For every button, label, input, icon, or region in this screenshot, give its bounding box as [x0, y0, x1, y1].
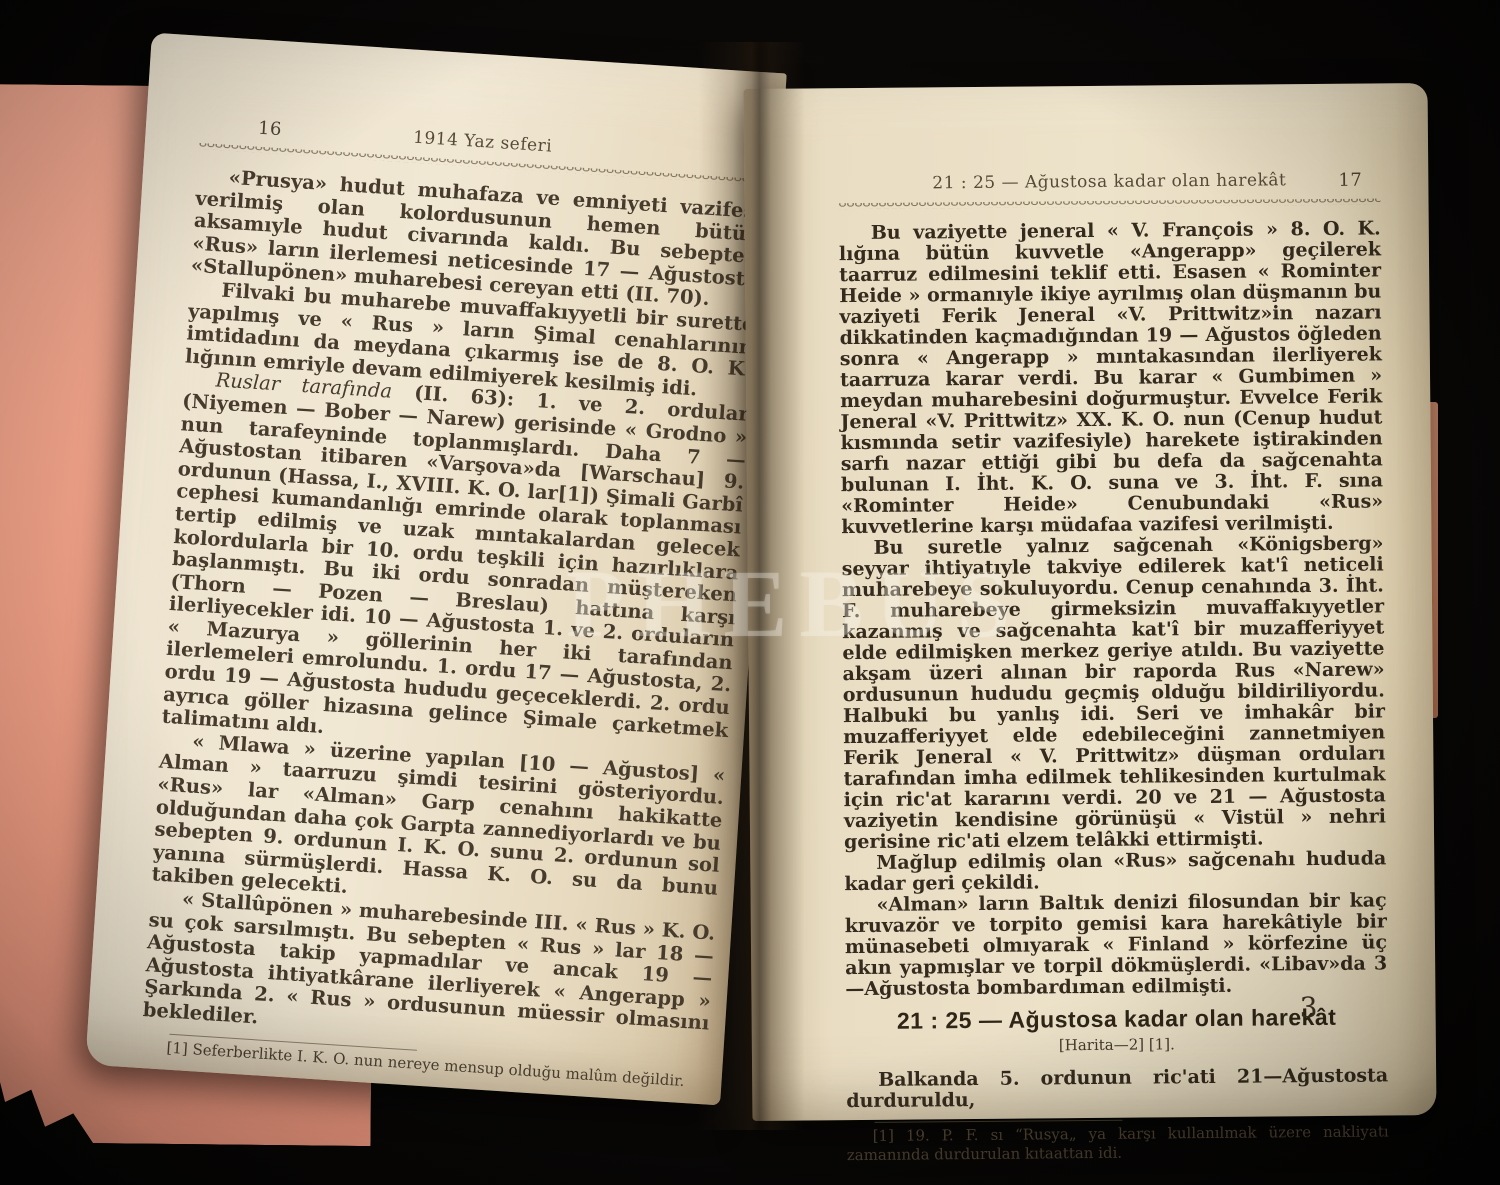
signature-mark: 3: [1300, 991, 1318, 1024]
right-footnote-text: [1] 19. P. F. sı “Rusya„ ya karşı kullan…: [847, 1122, 1389, 1164]
paragraph: «Alman» ların Baltık denizi filosundan b…: [845, 890, 1388, 1000]
paragraph-continuation: (II. 63): 1. ve 2. ordular (Niyemen — Bo…: [161, 380, 749, 742]
paragraph: Ruslar tarafında (II. 63): 1. ve 2. ordu…: [161, 368, 749, 765]
right-footnote-block: [1] 19. P. F. sı “Rusya„ ya karşı kullan…: [847, 1117, 1389, 1165]
footnote-rule: [875, 1120, 1123, 1123]
right-running-header-title: 21 : 25 — Ağustosa kadar olan harekât: [932, 170, 1286, 193]
section-map-note: [Harita—2] [1].: [846, 1033, 1388, 1056]
left-page-content: 16 1914 Yaz seferi «Prusya» hudut muhafa…: [86, 33, 787, 1093]
right-body-text: Bu vaziyette jeneral « V. François » 8. …: [839, 218, 1388, 1000]
paragraph: Mağlup edilmiş olan «Rus» sağcenahı hudu…: [844, 848, 1386, 895]
footnote-indent: [140, 1050, 166, 1052]
left-running-header-title: 1914 Yaz seferi: [413, 128, 553, 157]
section-paragraph-wrap: Balkanda 5. ordunun ric'ati 21—Ağustosta…: [846, 1065, 1388, 1112]
right-running-head: 21 : 25 — Ağustosa kadar olan harekât 17: [838, 169, 1380, 198]
left-page-number: 16: [257, 118, 282, 140]
right-page-content: 21 : 25 — Ağustosa kadar olan harekât 17…: [744, 83, 1437, 1166]
paragraph: Bu vaziyette jeneral « V. François » 8. …: [839, 218, 1384, 538]
paragraph: Balkanda 5. ordunun ric'ati 21—Ağustosta…: [846, 1065, 1388, 1112]
left-body-text: «Prusya» hudut muhafaza ve emniyeti vazi…: [142, 165, 762, 1058]
right-page-number: 17: [1338, 170, 1362, 191]
right-page: 21 : 25 — Ağustosa kadar olan harekât 17…: [744, 83, 1437, 1121]
left-page: 16 1914 Yaz seferi «Prusya» hudut muhafa…: [85, 33, 786, 1106]
right-footnote: [1] 19. P. F. sı “Rusya„ ya karşı kullan…: [847, 1122, 1389, 1165]
header-rule-wavy: [839, 198, 1381, 209]
paragraph: Bu suretle yalnız sağcenah «Königsberg» …: [841, 533, 1386, 853]
book-photo-scene: 16 1914 Yaz seferi «Prusya» hudut muhafa…: [0, 0, 1500, 1185]
